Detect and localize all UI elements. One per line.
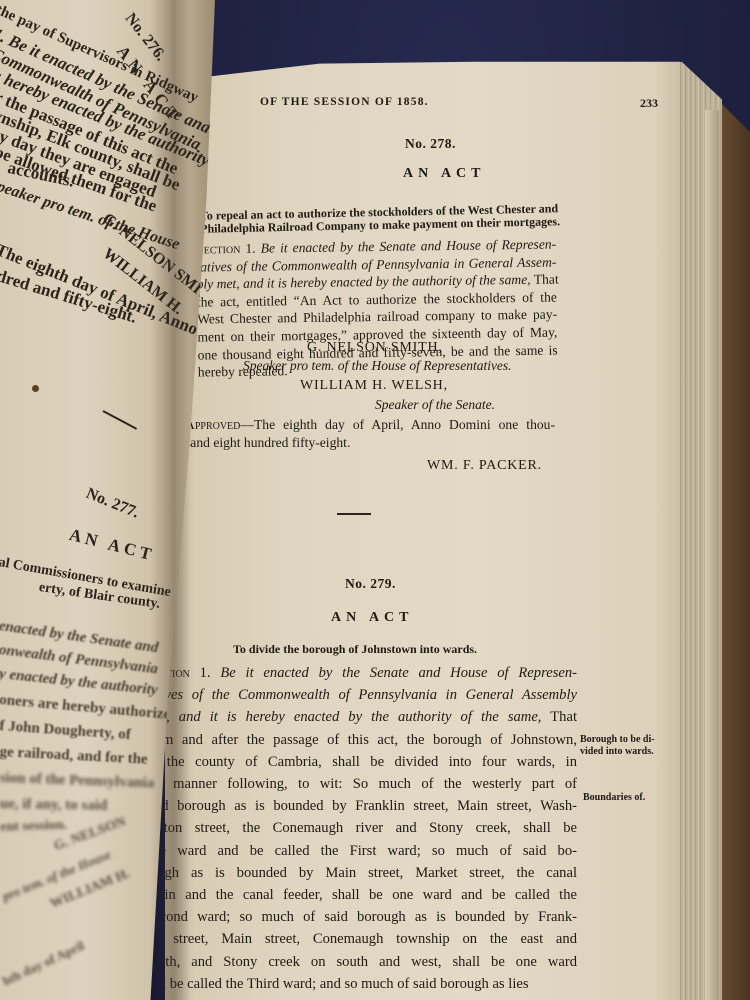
ink-spot — [32, 385, 39, 392]
signature-speaker-senate: WILLIAM H. WELSH, — [300, 378, 448, 394]
page-number: 233 — [640, 96, 658, 111]
act-279-section-1: Section 1. Be it enacted by the Senate a… — [145, 662, 577, 995]
body-line: Second ward; so much of said borough as … — [145, 906, 577, 928]
left-line: sion of the Pennsylvania — [0, 770, 155, 792]
signature-role-house: Speaker pro tem. of the House of Represe… — [243, 358, 512, 374]
left-line: ge railroad, and for the — [0, 744, 148, 769]
section-label: Section 1. — [196, 241, 256, 257]
body-line: ington street, the Conemaugh river and S… — [145, 817, 577, 839]
body-line: rough as is bounded by Main street, Mark… — [145, 862, 577, 884]
body-line: and be called the Third ward; and so muc… — [145, 973, 577, 995]
body-line: from and after the passage of this act, … — [145, 729, 577, 751]
left-line: ent session. — [0, 818, 67, 836]
body-line: one ward and be called the First ward; s… — [145, 840, 577, 862]
act-278-number: No. 278. — [405, 136, 456, 152]
approved-label: Approved — [185, 417, 240, 432]
left-line: f John Dougherty, of — [0, 718, 131, 744]
body-line: the manner following, to wit: So much of… — [145, 773, 577, 795]
margin-note-boundaries: Boundaries of. — [583, 792, 645, 804]
enacting-clause: Be it enacted by the Senate and House of… — [211, 665, 577, 681]
body-text: That — [534, 272, 559, 287]
act-278-approval: Approved—The eighth day of April, Anno D… — [185, 416, 555, 451]
act-277-title: AN ACT — [67, 525, 157, 566]
approval-text: sand eight hundred fifty-eight. — [185, 434, 555, 452]
body-text: That — [550, 709, 577, 725]
body-line: south, and Stony creek on south and west… — [145, 951, 577, 973]
body-line: said borough as is bounded by Franklin s… — [145, 795, 577, 817]
enacting-clause: tatives of the Commonwealth of Pennsylva… — [145, 687, 577, 703]
section-divider — [337, 513, 371, 515]
margin-note-borough-division: Borough to be di- vided into wards. — [580, 734, 655, 758]
signature-speaker-house: G. NELSON SMITH, — [307, 340, 443, 356]
right-page: OF THE SESSION OF 1858. 233 No. 278. AN … — [165, 58, 680, 1000]
section-divider — [103, 410, 137, 430]
signature-role-senate: Speaker of the Senate. — [375, 397, 495, 413]
act-278-subject: To repeal an act to authorize the stockh… — [200, 202, 560, 235]
act-277-number: No. 277. — [83, 485, 141, 523]
margin-note-line: Boundaries of. — [583, 792, 645, 804]
margin-note-line: vided into wards. — [580, 746, 655, 758]
enacting-clause: Be it enacted by the Senate and House of… — [256, 236, 557, 255]
approval-text: —The eighth day of April, Anno Domini on… — [240, 417, 555, 432]
margin-note-line: Borough to be di- — [580, 734, 655, 746]
left-line: ue, if any, to said — [0, 796, 108, 815]
body-line: basin and the canal feeder, shall be one… — [145, 884, 577, 906]
act-279-title: AN ACT — [331, 610, 414, 626]
body-line: lin street, Main street, Conemaugh towns… — [145, 928, 577, 950]
act-279-number: No. 279. — [345, 576, 396, 592]
left-approval-line: hth day of April — [0, 938, 87, 990]
running-head: OF THE SESSION OF 1858. — [260, 96, 429, 108]
act-279-subject: To divide the borough of Johnstown into … — [233, 643, 477, 656]
enacting-clause: met, and it is hereby enacted by the aut… — [145, 709, 541, 725]
page-block-inner-edge — [705, 110, 719, 1000]
body-line: in the county of Cambria, shall be divid… — [145, 751, 577, 773]
act-278-title: AN ACT — [403, 166, 486, 182]
governor-signature: WM. F. PACKER. — [427, 458, 542, 474]
